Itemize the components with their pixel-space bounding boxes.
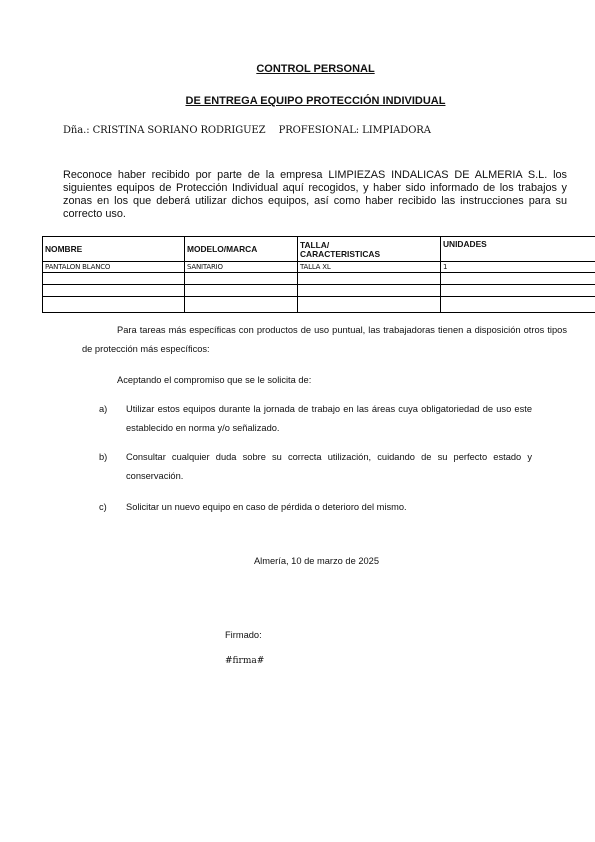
commitment-intro: Aceptando el compromiso que se le solici… [117,371,311,390]
signed-label: Firmado: [225,630,262,640]
table-row: PANTALON BLANCO SANITARIO TALLA XL 1 [43,262,595,273]
item-letter: b) [99,448,107,467]
item-text: Utilizar estos equipos durante la jornad… [126,400,532,438]
cell-model [185,273,298,285]
signature-placeholder: #firma# [225,656,264,666]
equipment-table: NOMBRE MODELO/MARCA TALLA/ CARACTERISTIC… [42,236,595,313]
worker-profession-label: PROFESIONAL: [279,125,359,136]
place-date: Almería, 10 de marzo de 2025 [0,556,595,566]
cell-size [298,285,441,297]
item-text: Solicitar un nuevo equipo en caso de pér… [126,498,532,517]
cell-units [441,297,595,313]
document-title: CONTROL PERSONAL [18,63,595,75]
cell-size [298,273,441,285]
document-subtitle: DE ENTREGA EQUIPO PROTECCIÓN INDIVIDUAL [18,95,595,107]
cell-size: TALLA XL [298,262,441,273]
header-size-line2: CARACTERISTICAS [300,249,380,259]
item-letter: c) [99,498,107,517]
cell-model: SANITARIO [185,262,298,273]
cell-name [43,273,185,285]
cell-name [43,297,185,313]
header-size: TALLA/ CARACTERISTICAS [298,237,441,262]
header-units: UNIDADES [441,237,595,262]
table-header-row: NOMBRE MODELO/MARCA TALLA/ CARACTERISTIC… [43,237,595,262]
worker-profession: LIMPIADORA [362,125,431,136]
specific-tasks-paragraph: Para tareas más específicas con producto… [82,321,567,359]
cell-model [185,297,298,313]
intro-paragraph: Reconoce haber recibido por parte de la … [63,169,567,221]
worker-name: CRISTINA SORIANO RODRIGUEZ [93,125,266,136]
cell-name: PANTALON BLANCO [43,262,185,273]
cell-size [298,297,441,313]
item-text: Consultar cualquier duda sobre su correc… [126,448,532,486]
item-letter: a) [99,400,107,419]
worker-name-label: Dña.: [63,125,89,136]
cell-units: 1 [441,262,595,273]
cell-name [43,285,185,297]
table-row [43,273,595,285]
cell-model [185,285,298,297]
worker-info: Dña.: CRISTINA SORIANO RODRIGUEZ PROFESI… [63,125,431,136]
cell-units [441,285,595,297]
table-row [43,285,595,297]
header-model: MODELO/MARCA [185,237,298,262]
cell-units [441,273,595,285]
header-name: NOMBRE [43,237,185,262]
table-row [43,297,595,313]
